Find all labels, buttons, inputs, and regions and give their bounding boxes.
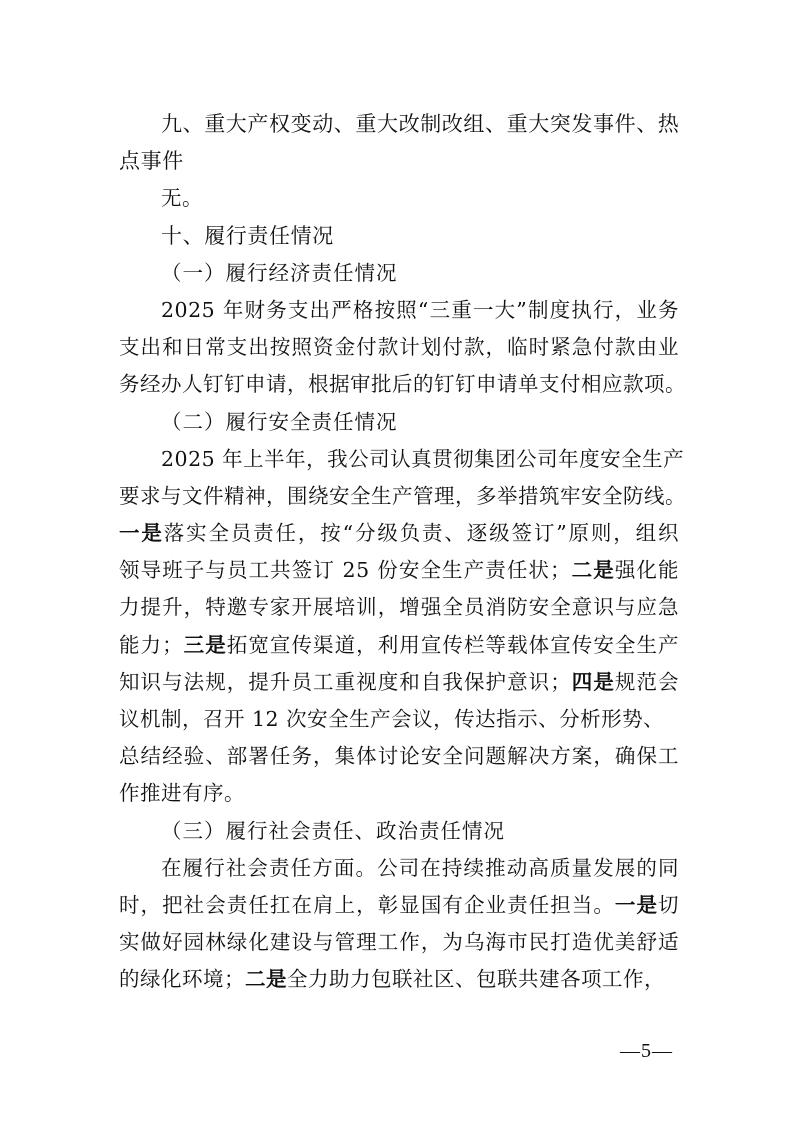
bold-lead: 三是 xyxy=(183,633,227,657)
section-heading: 十、履行责任情况 xyxy=(119,218,679,255)
paragraph-line: 一是落实全员责任，按“分级负责、逐级签订”原则，组织 xyxy=(119,515,679,552)
document-page: 九、重大产权变动、重大改制改组、重大突发事件、热 点事件 无。 十、履行责任情况… xyxy=(119,106,679,999)
paragraph-line: 要求与文件精神，围绕安全生产管理，多举措筑牢安全防线。 xyxy=(119,478,679,515)
bold-lead: 四是 xyxy=(571,670,615,694)
subsection-heading: （二）履行安全责任情况 xyxy=(119,404,679,441)
bold-lead: 一是 xyxy=(119,521,164,545)
paragraph-line: 2025 年上半年，我公司认真贯彻集团公司年度安全生产 xyxy=(119,441,679,478)
line-text: 强化能 xyxy=(615,558,679,582)
paragraph-line: 作推进有序。 xyxy=(119,775,679,812)
line-text: 的绿化环境； xyxy=(119,967,245,991)
paragraph-line: 能力；三是拓宽宣传渠道，利用宣传栏等载体宣传安全生产 xyxy=(119,627,679,664)
section-heading-continued: 点事件 xyxy=(119,143,679,180)
paragraph-line: 支出和日常支出按照资金付款计划付款，临时紧急付款由业 xyxy=(119,329,679,366)
paragraph-line: 2025 年财务支出严格按照“三重一大”制度执行，业务 xyxy=(119,292,679,329)
paragraph-line: 无。 xyxy=(119,180,679,217)
paragraph-line: 时，把社会责任扛在肩上，彰显国有企业责任担当。一是切 xyxy=(119,887,679,924)
line-text: 时，把社会责任扛在肩上，彰显国有企业责任担当。 xyxy=(119,893,615,917)
bold-lead: 二是 xyxy=(245,967,287,991)
line-text: 拓宽宣传渠道，利用宣传栏等载体宣传安全生产 xyxy=(227,633,679,657)
paragraph-line: 领导班子与员工共签订 25 份安全生产责任状；二是强化能 xyxy=(119,552,679,589)
paragraph-line: 实做好园林绿化建设与管理工作，为乌海市民打造优美舒适 xyxy=(119,924,679,961)
subsection-heading: （三）履行社会责任、政治责任情况 xyxy=(119,813,679,850)
page-number: —5— xyxy=(620,1040,673,1063)
section-heading: 九、重大产权变动、重大改制改组、重大突发事件、热 xyxy=(119,106,679,143)
paragraph-line: 务经办人钉钉申请，根据审批后的钉钉申请单支付相应款项。 xyxy=(119,366,679,403)
paragraph-line: 知识与法规，提升员工重视度和自我保护意识；四是规范会 xyxy=(119,664,679,701)
paragraph-line: 总结经验、部署任务，集体讨论安全问题解决方案，确保工 xyxy=(119,738,679,775)
line-text: 落实全员责任，按“分级负责、逐级签订”原则，组织 xyxy=(164,521,679,545)
paragraph-line: 的绿化环境；二是全力助力包联社区、包联共建各项工作， xyxy=(119,961,679,998)
line-text: 领导班子与员工共签订 25 份安全生产责任状； xyxy=(119,558,571,582)
line-text: 知识与法规，提升员工重视度和自我保护意识； xyxy=(119,670,571,694)
paragraph-line: 议机制，召开 12 次安全生产会议，传达指示、分析形势、 xyxy=(119,701,679,738)
line-text: 全力助力包联社区、包联共建各项工作， xyxy=(287,967,665,991)
line-text: 能力； xyxy=(119,633,183,657)
paragraph-line: 力提升，特邀专家开展培训，增强全员消防安全意识与应急 xyxy=(119,589,679,626)
bold-lead: 二是 xyxy=(571,558,615,582)
paragraph-line: 在履行社会责任方面。公司在持续推动高质量发展的同 xyxy=(119,850,679,887)
subsection-heading: （一）履行经济责任情况 xyxy=(119,255,679,292)
line-text: 规范会 xyxy=(615,670,679,694)
line-text: 切 xyxy=(658,893,679,917)
bold-lead: 一是 xyxy=(615,893,658,917)
